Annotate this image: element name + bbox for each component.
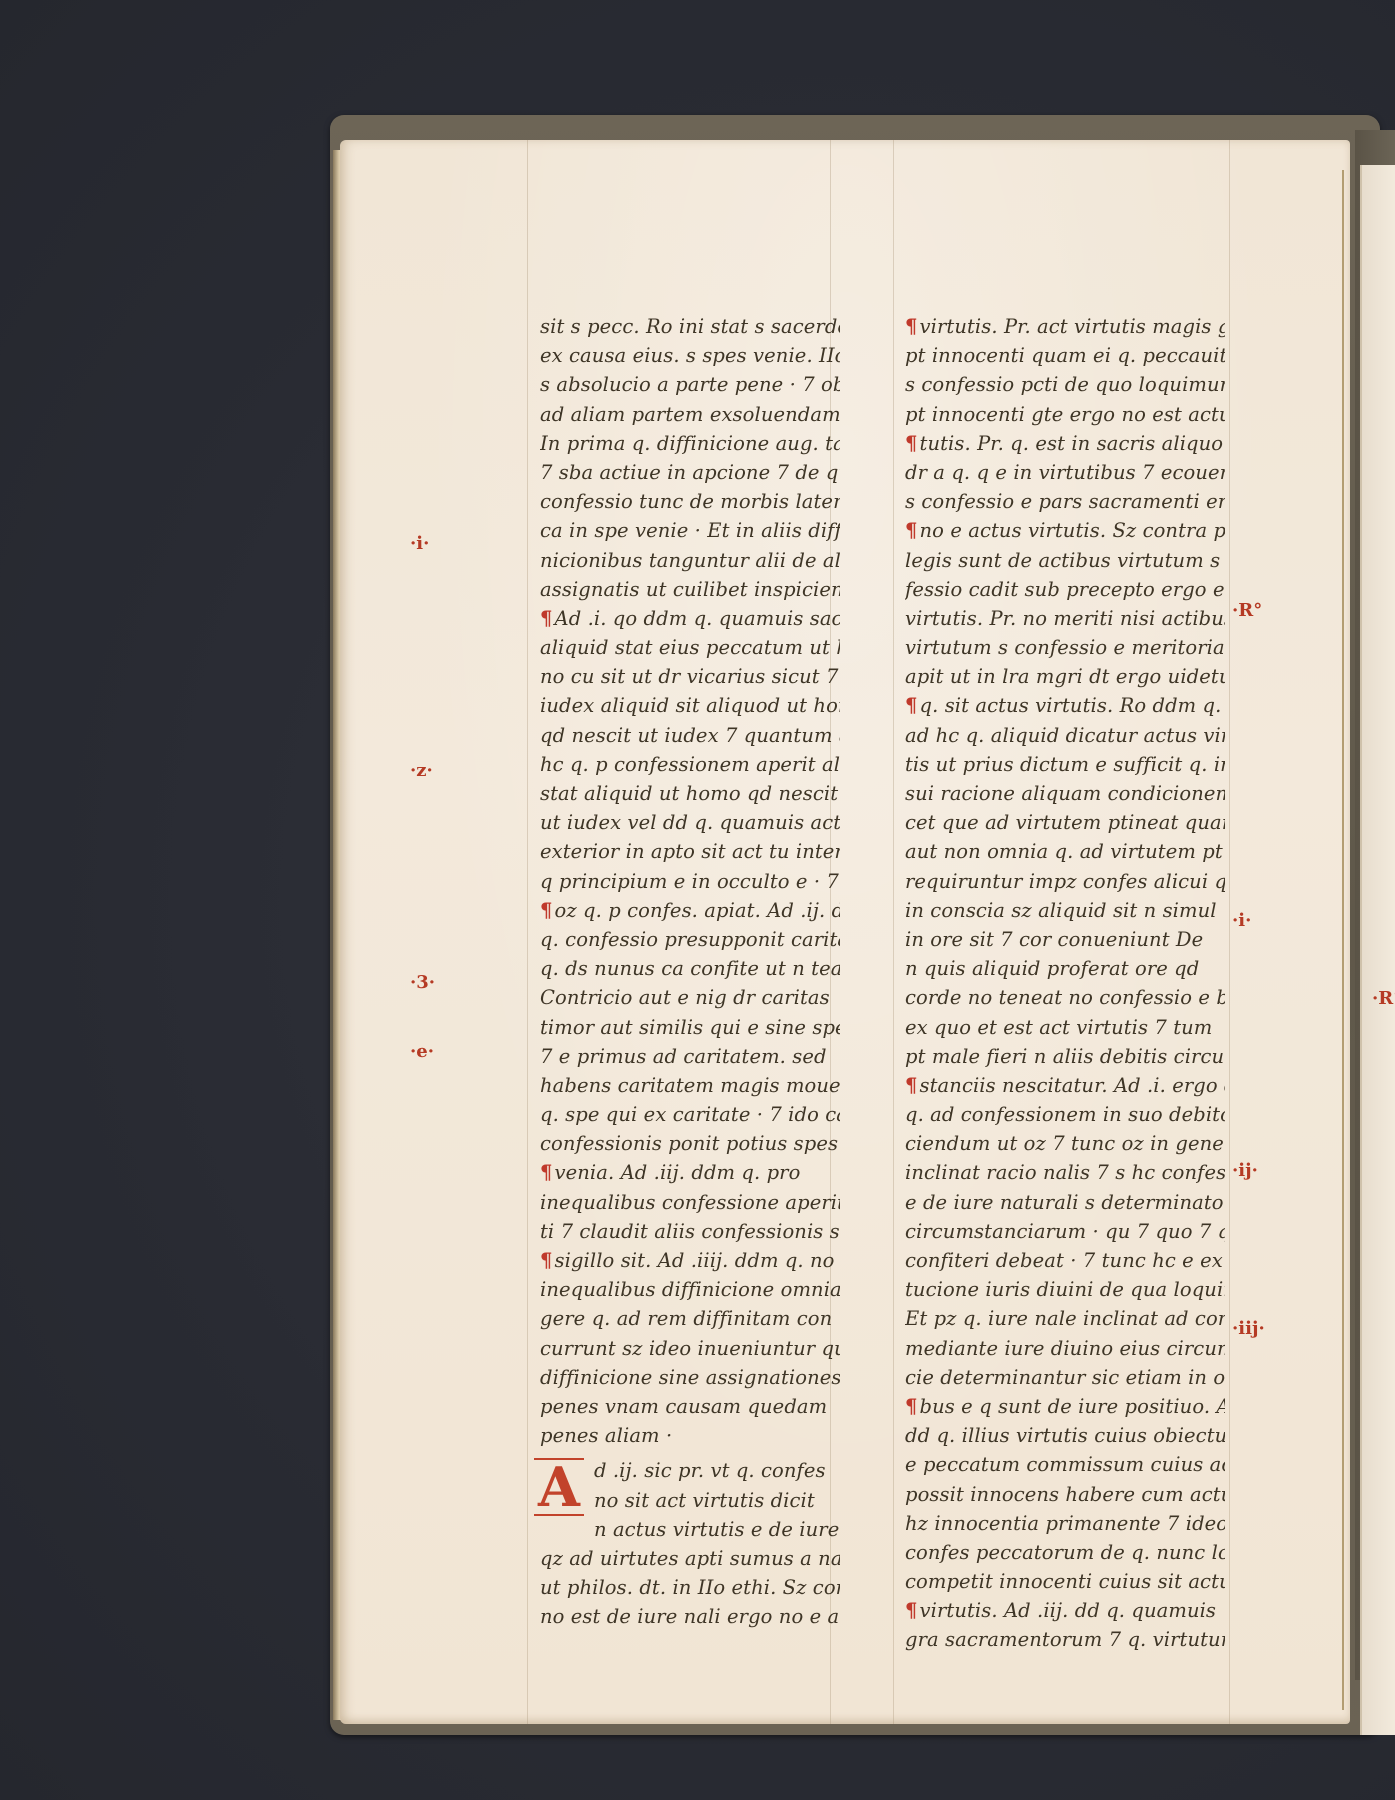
text-line: qd nescit ut iudex 7 quantum ad — [540, 721, 840, 750]
line-text: exterior in apto sit act tu interior — [540, 840, 840, 863]
text-line: sui racione aliquam condicionem impli — [905, 779, 1225, 808]
line-text: q. spe qui ex caritate · 7 ido ca — [540, 1103, 840, 1126]
text-line: iudex aliquid sit aliquod ut homo — [540, 691, 840, 720]
text-line: ut philos. dt. in IIo ethi. Sz confessio — [540, 1573, 840, 1602]
text-line: inclinat racio nalis 7 s hc confes — [905, 1158, 1225, 1187]
text-line: corde no teneat no confessio e bona — [905, 983, 1225, 1012]
text-line: fessio cadit sub precepto ergo e actus — [905, 575, 1225, 604]
text-line: requiruntur impz confes alicui qd — [905, 867, 1225, 896]
text-line: ad hc q. aliquid dicatur actus virtu — [905, 721, 1225, 750]
decorated-initial: A — [534, 1458, 584, 1516]
line-text: stanciis nescitatur. Ad .i. ergo ddm — [920, 1074, 1225, 1097]
line-text: sit s pecc. Ro ini stat s sacerdoti — [540, 315, 840, 338]
line-text: pt innocenti gte ergo no est actus v — [905, 403, 1225, 426]
pilcrow-rubric-icon: ¶ — [905, 1071, 918, 1100]
line-text: confessio tunc de morbis latens · 7 — [540, 490, 840, 513]
text-line: pt innocenti quam ei q. peccauit — [905, 341, 1225, 370]
text-line: n quis aliquid proferat ore qd — [905, 954, 1225, 983]
text-line: inequalibus confessione aperit sacerdo — [540, 1188, 840, 1217]
text-line: ¶bus e q sunt de iure positiuo. Ad .ij. — [905, 1392, 1225, 1421]
line-text: ad hc q. aliquid dicatur actus virtu — [905, 724, 1225, 747]
text-line: s absolucio a parte pene · 7 obligacio — [540, 370, 840, 399]
text-line: penes aliam · — [540, 1421, 840, 1450]
text-line: Et pz q. iure nale inclinat ad confes — [905, 1304, 1225, 1333]
line-text: virtutis. Pr. act virtutis magis gte — [920, 315, 1225, 338]
ruling-line-left-outer — [527, 140, 528, 1724]
text-line: 7 e primus ad caritatem. sed — [540, 1042, 840, 1071]
text-line: legis sunt de actibus virtutum s con — [905, 546, 1225, 575]
line-text: sigillo sit. Ad .iiij. ddm q. no opz — [555, 1249, 840, 1272]
text-line: ti 7 claudit aliis confessionis s — [540, 1217, 840, 1246]
text-line: habens caritatem magis mouetur — [540, 1071, 840, 1100]
text-line: aliquid stat eius peccatum ut homo — [540, 633, 840, 662]
text-line: tucione iuris diuini de qua loquimur — [905, 1275, 1225, 1304]
line-text: confessionis ponit potius spes q. — [540, 1132, 840, 1155]
line-text: legis sunt de actibus virtutum s con — [905, 549, 1225, 572]
text-line: cie determinantur sic etiam in om — [905, 1363, 1225, 1392]
text-line: mediante iure diuino eius circumsta — [905, 1334, 1225, 1363]
text-line: confessionis ponit potius spes q. — [540, 1129, 840, 1158]
text-line: in conscia sz aliquid sit n simul — [905, 896, 1225, 925]
text-line: tis ut prius dictum e sufficit q. in — [905, 750, 1225, 779]
text-line: pt male fieri n aliis debitis circum — [905, 1042, 1225, 1071]
line-text: stat aliquid ut homo qd nescit — [540, 782, 838, 805]
pilcrow-rubric-icon: ¶ — [905, 516, 918, 545]
line-text: qz ad uirtutes apti sumus a na — [540, 1547, 840, 1570]
pilcrow-rubric-icon: ¶ — [905, 1392, 918, 1421]
line-text: iudex aliquid sit aliquod ut homo — [540, 694, 840, 717]
line-text: hc q. p confessionem aperit aliquid — [540, 753, 840, 776]
line-text: ca in spe venie · Et in aliis diffi — [540, 519, 840, 542]
line-text: inequalibus diffinicione omnia ta — [540, 1278, 840, 1301]
text-line: confiteri debeat · 7 tunc hc e ex insti — [905, 1246, 1225, 1275]
text-line: ¶no e actus virtutis. Sz contra prep — [905, 516, 1225, 545]
line-text: pt innocenti quam ei q. peccauit — [905, 344, 1225, 367]
text-line: ¶sigillo sit. Ad .iiij. ddm q. no opz — [540, 1246, 840, 1275]
pilcrow-rubric-icon: ¶ — [905, 1596, 918, 1625]
text-line: cet que ad virtutem ptineat quamuis — [905, 808, 1225, 837]
line-text: aliquid stat eius peccatum ut homo — [540, 636, 840, 659]
text-line: ca in spe venie · Et in aliis diffi — [540, 516, 840, 545]
line-text: ex causa eius. s spes venie. IIo effic — [540, 344, 840, 367]
line-text: in conscia sz aliquid sit n simul — [905, 899, 1217, 922]
text-line: 7 sba actiue in apcione 7 de quo fit — [540, 458, 840, 487]
line-text: bus e q sunt de iure positiuo. Ad .ij. — [920, 1395, 1225, 1418]
line-text: cie determinantur sic etiam in om — [905, 1366, 1225, 1389]
text-line: ¶venia. Ad .iij. ddm q. pro — [540, 1158, 840, 1187]
text-line: dd q. illius virtutis cuius obiectum — [905, 1421, 1225, 1450]
text-line: pt innocenti gte ergo no est actus v — [905, 400, 1225, 429]
text-line: penes vnam causam quedam — [540, 1392, 840, 1421]
text-line: s confessio e pars sacramenti ergo — [905, 487, 1225, 516]
text-line: ¶q. sit actus virtutis. Ro ddm q. — [905, 691, 1225, 720]
line-text: Ad .i. qo ddm q. quamuis sacerdos — [555, 607, 840, 630]
pilcrow-rubric-icon: ¶ — [905, 691, 918, 720]
text-line: circumstanciarum · qu 7 quo 7 quid — [905, 1217, 1225, 1246]
line-text: tis ut prius dictum e sufficit q. in — [905, 753, 1225, 776]
text-line: possit innocens habere cum actus no — [905, 1480, 1225, 1509]
line-text: inequalibus confessione aperit sacerdo — [540, 1191, 840, 1214]
text-line: nicionibus tanguntur alii de aliis. v. — [540, 546, 840, 575]
text-line: ¶Ad .i. qo ddm q. quamuis sacerdos — [540, 604, 840, 633]
text-line: confes peccatorum de q. nunc loquimur no — [905, 1538, 1225, 1567]
line-text: ti 7 claudit aliis confessionis s — [540, 1220, 840, 1243]
text-line: q. confessio presupponit caritatem — [540, 925, 840, 954]
line-text: sui racione aliquam condicionem impli — [905, 782, 1225, 805]
text-line: gra sacramentorum 7 q. virtutum sit — [905, 1625, 1225, 1654]
line-text: q. ds nunus ca confite ut n tead de — [540, 957, 840, 980]
line-text: possit innocens habere cum actus no — [905, 1483, 1225, 1506]
line-text: s absolucio a parte pene · 7 obligacio — [540, 373, 840, 396]
line-text: q. confessio presupponit caritatem — [540, 928, 840, 951]
text-line: inequalibus diffinicione omnia ta — [540, 1275, 840, 1304]
text-line: no cu sit ut dr vicarius sicut 7 — [540, 662, 840, 691]
facing-page-edge — [1360, 165, 1395, 1735]
text-line: q. spe qui ex caritate · 7 ido ca — [540, 1100, 840, 1129]
line-text: oz q. p confes. apiat. Ad .ij. dd — [555, 899, 840, 922]
line-text: no est de iure nali ergo no e actus — [540, 1605, 840, 1628]
pilcrow-rubric-icon: ¶ — [540, 1246, 553, 1275]
line-text: 7 sba actiue in apcione 7 de quo fit — [540, 461, 840, 484]
line-text: assignatis ut cuilibet inspicienti pz — [540, 578, 840, 601]
line-text: circumstanciarum · qu 7 quo 7 quid — [905, 1220, 1225, 1243]
line-text: n actus virtutis e de iure naturali — [594, 1518, 840, 1541]
line-text: inclinat racio nalis 7 s hc confes — [905, 1161, 1225, 1184]
text-line: virtutum s confessio e meritoria qz celu… — [905, 633, 1225, 662]
line-text: n quis aliquid proferat ore qd — [905, 957, 1199, 980]
line-text: ciendum ut oz 7 tunc oz in generali — [905, 1132, 1225, 1155]
line-text: d .ij. sic pr. vt q. confes — [594, 1459, 826, 1482]
line-text: ad aliam partem exsoluendam · — [540, 403, 840, 426]
marginal-numeral: ·i· — [1232, 910, 1251, 931]
line-text: Contricio aut e nig dr caritas — [540, 986, 830, 1009]
line-text: pt male fieri n aliis debitis circum — [905, 1045, 1225, 1068]
line-text: gere q. ad rem diffinitam con — [540, 1307, 832, 1330]
text-line: dr a q. q e in virtutibus 7 ecouerso — [905, 458, 1225, 487]
text-line: competit innocenti cuius sit actus — [905, 1567, 1225, 1596]
text-line: q principium e in occulto e · 7 io — [540, 867, 840, 896]
text-line: ex causa eius. s spes venie. IIo effic — [540, 341, 840, 370]
text-line: ¶tutis. Pr. q. est in sacris aliquo — [905, 429, 1225, 458]
text-line: n actus virtutis e de iure naturali — [594, 1515, 840, 1544]
pilcrow-rubric-icon: ¶ — [905, 312, 918, 341]
text-line: virtutis. Pr. no meriti nisi actibus — [905, 604, 1225, 633]
page-fold-line — [1342, 170, 1344, 1710]
line-text: requiruntur impz confes alicui qd — [905, 870, 1225, 893]
line-text: In prima q. diffinicione aug. tangit — [540, 432, 840, 455]
marginal-numeral: ·3· — [410, 972, 435, 993]
marginal-numeral: ·i· — [410, 533, 429, 554]
marginal-numeral: ·iij· — [1232, 1318, 1265, 1339]
line-text: nicionibus tanguntur alii de aliis. v. — [540, 549, 840, 572]
left-text-column: sit s pecc. Ro ini stat s sacerdotiex ca… — [540, 312, 840, 1631]
line-text: tutis. Pr. q. est in sacris aliquo — [920, 432, 1224, 455]
text-line: ¶stanciis nescitatur. Ad .i. ergo ddm — [905, 1071, 1225, 1100]
line-text: no e actus virtutis. Sz contra prep — [920, 519, 1225, 542]
line-text: cet que ad virtutem ptineat quamuis — [905, 811, 1225, 834]
line-text: corde no teneat no confessio e bona — [905, 986, 1225, 1009]
right-text-column: ¶virtutis. Pr. act virtutis magis gtept … — [905, 312, 1225, 1655]
text-line: currunt sz ideo inueniuntur quedam — [540, 1334, 840, 1363]
line-text: e peccatum commissum cuius actum — [905, 1453, 1225, 1476]
line-text: Et pz q. iure nale inclinat ad confes — [905, 1307, 1225, 1330]
line-text: diffinicione sine assignationes date — [540, 1366, 840, 1389]
text-line: ¶virtutis. Pr. act virtutis magis gte — [905, 312, 1225, 341]
text-line: Contricio aut e nig dr caritas — [540, 983, 840, 1012]
line-text: confiteri debeat · 7 tunc hc e ex insti — [905, 1249, 1225, 1272]
text-line: q. ad confessionem in suo debito fa — [905, 1100, 1225, 1129]
line-text: virtutis. Pr. no meriti nisi actibus — [905, 607, 1225, 630]
text-line: q. ds nunus ca confite ut n tead de — [540, 954, 840, 983]
marginal-numeral: ·ij· — [1232, 1160, 1258, 1181]
line-text: no cu sit ut dr vicarius sicut 7 — [540, 665, 839, 688]
marginal-numeral-facing-page: ·R° — [1372, 988, 1395, 1009]
text-line: confessio tunc de morbis latens · 7 — [540, 487, 840, 516]
text-line: exterior in apto sit act tu interior — [540, 837, 840, 866]
line-text: fessio cadit sub precepto ergo e actus — [905, 578, 1225, 601]
marginal-numeral: ·R° — [1232, 600, 1262, 621]
line-text: confes peccatorum de q. nunc loquimur no — [905, 1541, 1225, 1564]
line-text: dr a q. q e in virtutibus 7 ecouerso — [905, 461, 1225, 484]
marginal-numeral: ·e· — [410, 1041, 434, 1062]
line-text: apit ut in lra mgri dt ergo uidetur — [905, 665, 1225, 688]
pilcrow-rubric-icon: ¶ — [905, 429, 918, 458]
line-text: penes aliam · — [540, 1424, 672, 1447]
text-line: ciendum ut oz 7 tunc oz in generali — [905, 1129, 1225, 1158]
text-line: hc q. p confessionem aperit aliquid — [540, 750, 840, 779]
ruling-line-right-inner — [1229, 140, 1230, 1724]
text-line: aut non omnia q. ad virtutem pt — [905, 837, 1225, 866]
line-text: virtutis. Ad .iij. dd q. quamuis — [920, 1599, 1217, 1622]
text-line: timor aut similis qui e sine spe — [540, 1013, 840, 1042]
line-text: hz innocentia primanente 7 ideo e — [905, 1512, 1225, 1535]
line-text: q principium e in occulto e · 7 io — [540, 870, 840, 893]
line-text: currunt sz ideo inueniuntur quedam — [540, 1337, 840, 1360]
text-line: hz innocentia primanente 7 ideo e — [905, 1509, 1225, 1538]
line-text: penes vnam causam quedam — [540, 1395, 827, 1418]
pilcrow-rubric-icon: ¶ — [540, 896, 553, 925]
line-text: q. ad confessionem in suo debito fa — [905, 1103, 1225, 1126]
line-text: tucione iuris diuini de qua loquimur — [905, 1278, 1225, 1301]
line-text: mediante iure diuino eius circumsta — [905, 1337, 1225, 1360]
line-text: ut iudex vel dd q. quamuis act — [540, 811, 840, 834]
line-text: dd q. illius virtutis cuius obiectum — [905, 1424, 1225, 1447]
text-line: ¶virtutis. Ad .iij. dd q. quamuis — [905, 1596, 1225, 1625]
text-line: e peccatum commissum cuius actum — [905, 1450, 1225, 1479]
line-text: 7 e primus ad caritatem. sed — [540, 1045, 827, 1068]
text-line: e de iure naturali s determinato — [905, 1188, 1225, 1217]
line-text: s confessio e pars sacramenti ergo — [905, 490, 1225, 513]
line-text: q. sit actus virtutis. Ro ddm q. — [920, 694, 1222, 717]
line-text: ex quo et est act virtutis 7 tum — [905, 1016, 1212, 1039]
line-text: aut non omnia q. ad virtutem pt — [905, 840, 1223, 863]
line-text: in ore sit 7 cor conueniunt De — [905, 928, 1203, 951]
line-text: timor aut similis qui e sine spe — [540, 1016, 840, 1039]
line-text: ut philos. dt. in IIo ethi. Sz confessio — [540, 1576, 840, 1599]
line-text: habens caritatem magis mouetur — [540, 1074, 840, 1097]
line-text: qd nescit ut iudex 7 quantum ad — [540, 724, 840, 747]
text-line: ¶oz q. p confes. apiat. Ad .ij. dd — [540, 896, 840, 925]
text-line: no sit act virtutis dicit — [594, 1486, 840, 1515]
text-line: ex quo et est act virtutis 7 tum — [905, 1013, 1225, 1042]
section-with-initial: Ad .ij. sic pr. vt q. confesno sit act v… — [540, 1456, 840, 1631]
text-line: qz ad uirtutes apti sumus a na — [540, 1544, 840, 1573]
line-text: s confessio pcti de quo loquimur no — [905, 373, 1225, 396]
text-line: In prima q. diffinicione aug. tangit — [540, 429, 840, 458]
text-line: sit s pecc. Ro ini stat s sacerdoti — [540, 312, 840, 341]
text-line: in ore sit 7 cor conueniunt De — [905, 925, 1225, 954]
text-line: ad aliam partem exsoluendam · — [540, 400, 840, 429]
line-text: gra sacramentorum 7 q. virtutum sit — [905, 1628, 1225, 1651]
text-line: stat aliquid ut homo qd nescit — [540, 779, 840, 808]
line-text: no sit act virtutis dicit — [594, 1489, 815, 1512]
text-line: diffinicione sine assignationes date — [540, 1363, 840, 1392]
text-line: assignatis ut cuilibet inspicienti pz — [540, 575, 840, 604]
line-text: competit innocenti cuius sit actus — [905, 1570, 1225, 1593]
text-line: s confessio pcti de quo loquimur no — [905, 370, 1225, 399]
pilcrow-rubric-icon: ¶ — [540, 1158, 553, 1187]
line-text: virtutum s confessio e meritoria qz celu… — [905, 636, 1225, 659]
line-text: e de iure naturali s determinato — [905, 1191, 1224, 1214]
pilcrow-rubric-icon: ¶ — [540, 604, 553, 633]
text-line: d .ij. sic pr. vt q. confes — [594, 1456, 840, 1485]
ruling-line-right-outer — [893, 140, 894, 1724]
line-text: venia. Ad .iij. ddm q. pro — [555, 1161, 801, 1184]
text-line: ut iudex vel dd q. quamuis act — [540, 808, 840, 837]
text-line: gere q. ad rem diffinitam con — [540, 1304, 840, 1333]
marginal-numeral: ·z· — [410, 760, 433, 781]
text-line: no est de iure nali ergo no e actus — [540, 1602, 840, 1631]
text-line: apit ut in lra mgri dt ergo uidetur — [905, 662, 1225, 691]
